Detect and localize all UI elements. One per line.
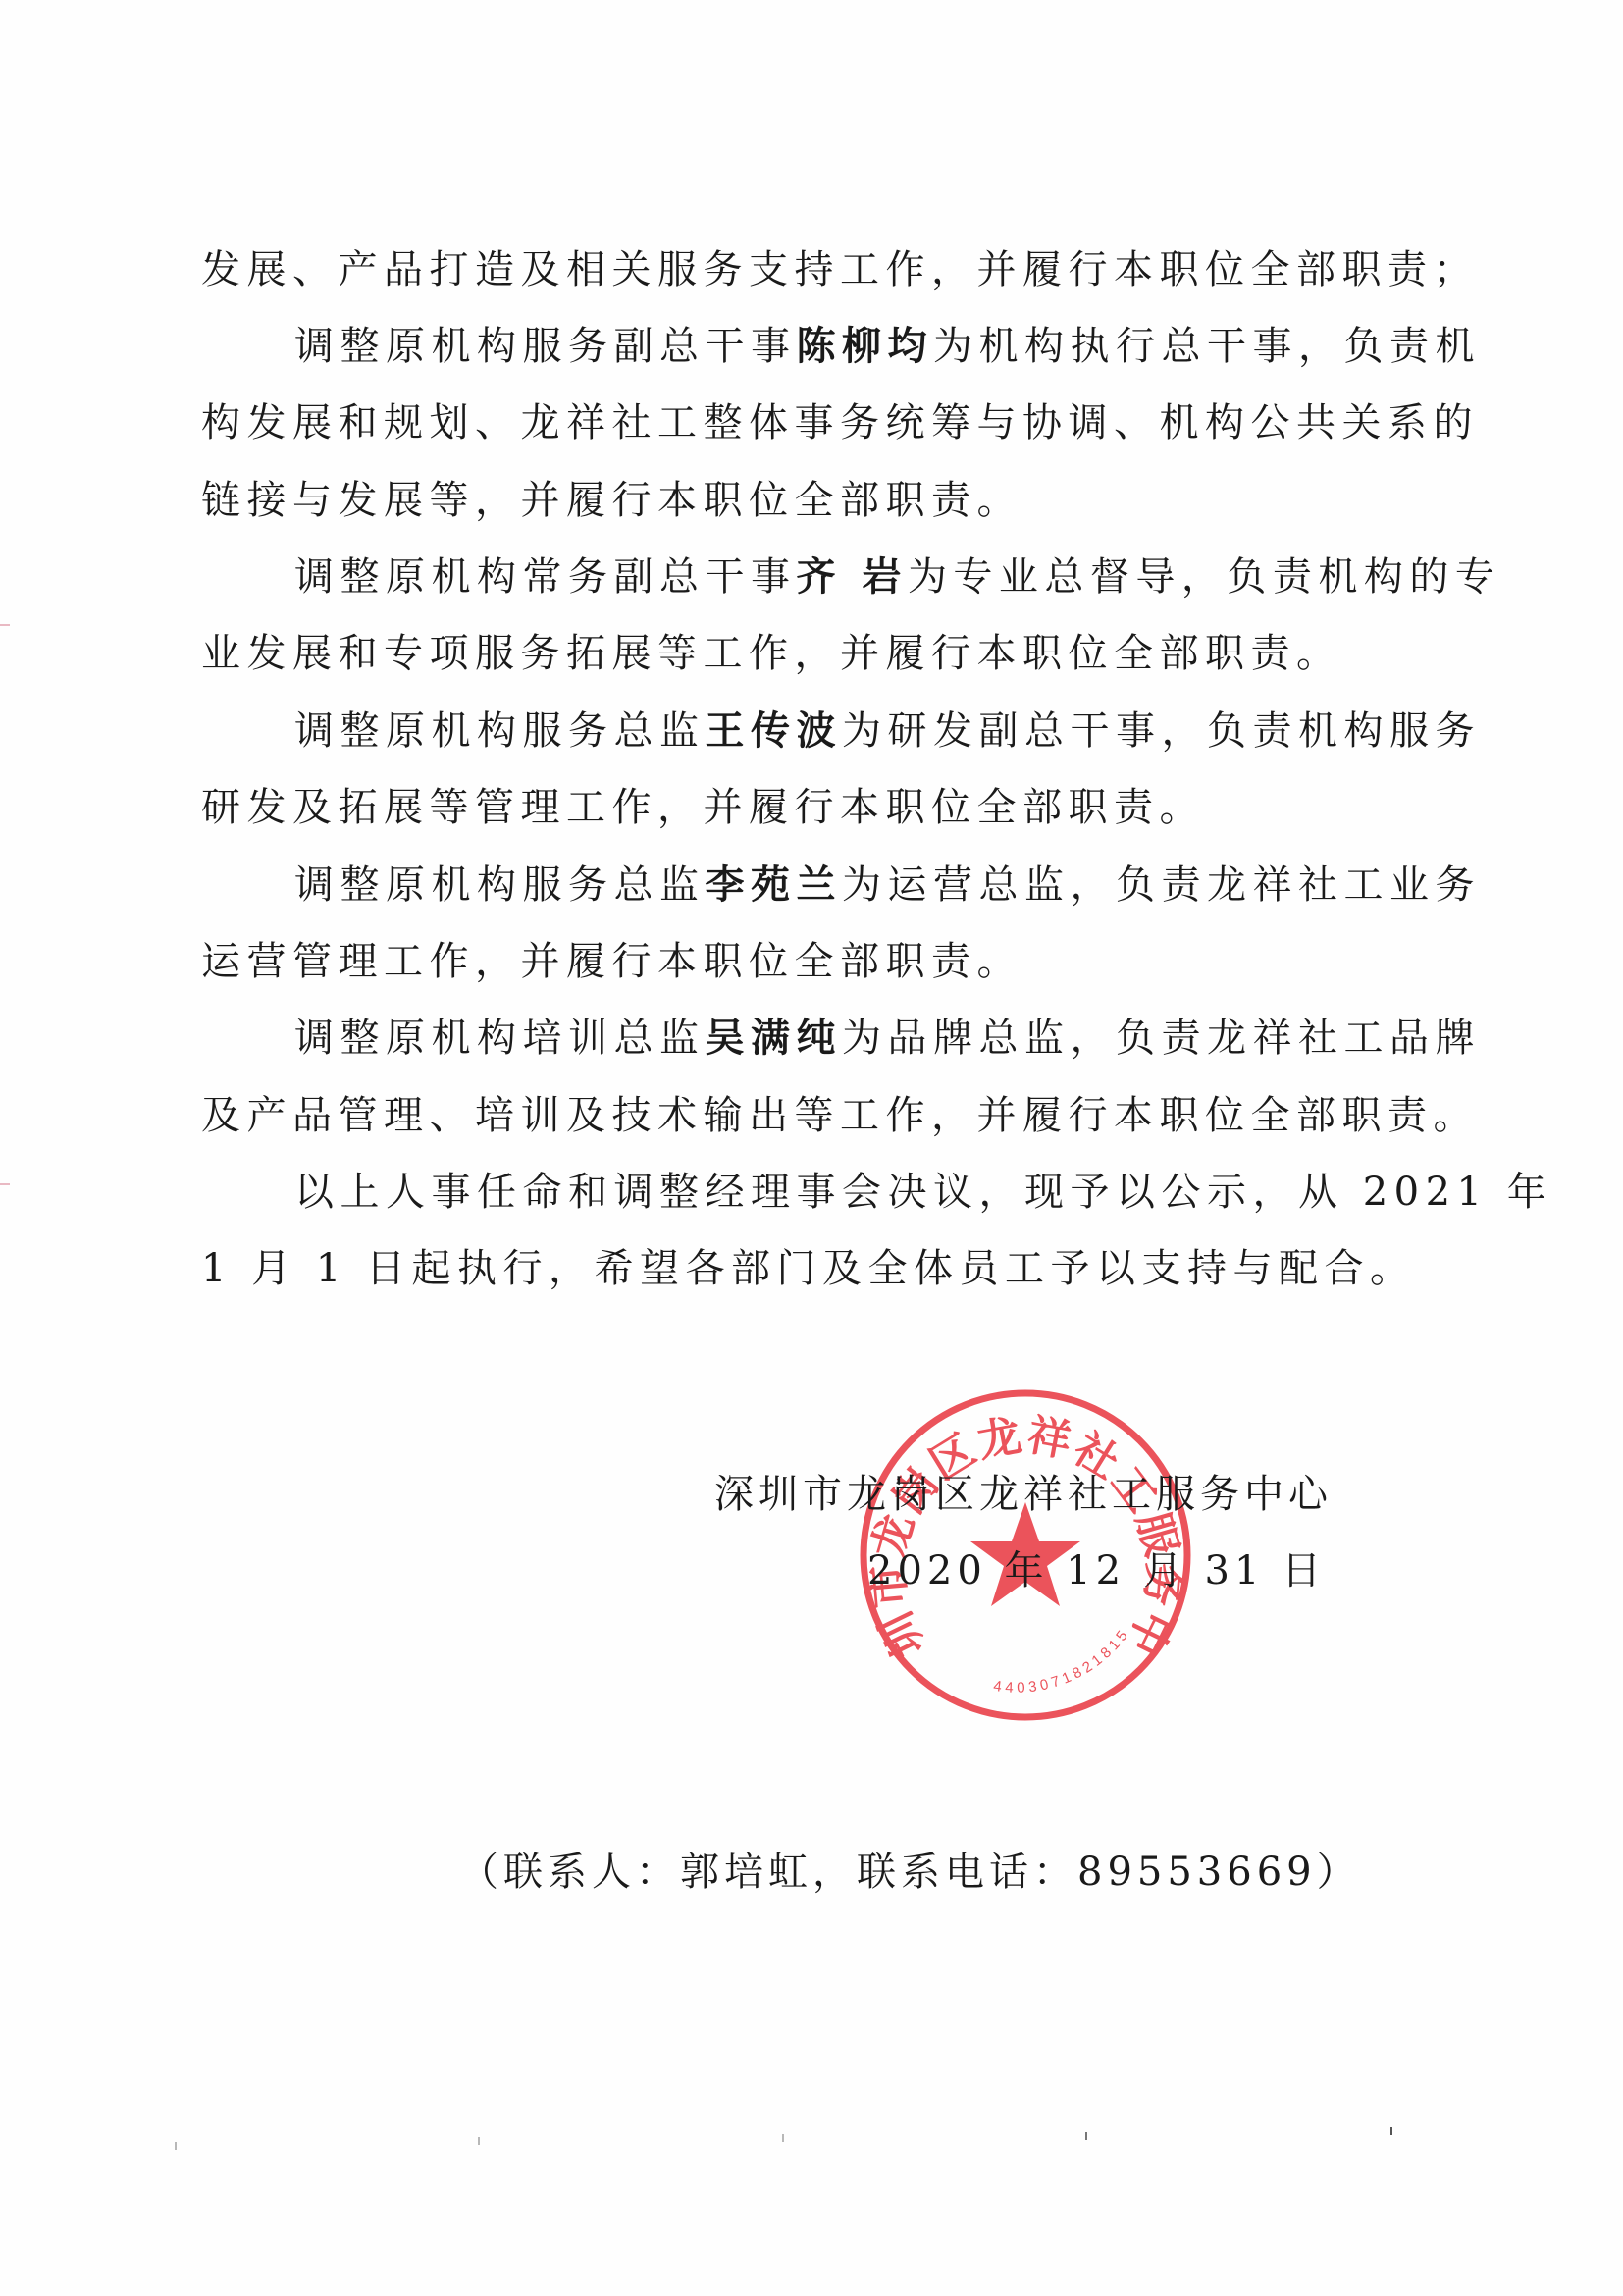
paragraph-line: 构发展和规划、龙祥社工整体事务统筹与协调、机构公共关系的 (201, 397, 1438, 448)
body-text: 调整原机构培训总监 (294, 1016, 706, 1061)
body-text: 链接与发展等，并履行本职位全部职责。 (201, 478, 1022, 523)
body-text: 及产品管理、培训及技术输出等工作，并履行本职位全部职责。 (201, 1093, 1479, 1138)
scan-artifact (782, 2134, 784, 2142)
scan-artifact (175, 2142, 177, 2150)
paragraph-line: 发展、产品打造及相关服务支持工作，并履行本职位全部职责； (201, 244, 1438, 295)
scan-artifact (1390, 2127, 1392, 2135)
appointee-name: 李苑兰 (706, 861, 843, 908)
paragraph-line: 调整原机构常务副总干事齐 岩为专业总督导，负责机构的专 (294, 551, 1438, 602)
paragraph-line: 调整原机构服务副总干事陈柳均为机构执行总干事，负责机 (294, 321, 1438, 372)
seal-serial-number: 4403071821815 (992, 1625, 1133, 1696)
paragraph-line: 运营管理工作，并履行本职位全部职责。 (201, 936, 1438, 987)
signature-organization: 深圳市龙岗区龙祥社工服务中心 (714, 1469, 1333, 1520)
body-text: 构发展和规划、龙祥社工整体事务统筹与协调、机构公共关系的 (201, 400, 1479, 445)
paragraph-line: 以上人事任命和调整经理事会决议，现予以公示，从 2021 年 (294, 1167, 1438, 1218)
body-text: 研发及拓展等管理工作，并履行本职位全部职责。 (201, 785, 1205, 830)
scan-margin-mark (0, 624, 10, 626)
appointee-name: 陈柳均 (797, 323, 934, 369)
body-text: 1 月 1 日起执行，希望各部门及全体员工予以支持与配合。 (201, 1246, 1416, 1291)
paragraph-line: 研发及拓展等管理工作，并履行本职位全部职责。 (201, 782, 1438, 833)
body-text: 为机构执行总干事，负责机 (933, 324, 1481, 369)
paragraph-line: 调整原机构培训总监吴满纯为品牌总监，负责龙祥社工品牌 (294, 1013, 1438, 1064)
body-text: 为研发副总干事，负责机构服务 (842, 708, 1481, 754)
contact-info: （联系人：郭培虹，联系电话：89553669） (459, 1847, 1361, 1898)
body-text: 调整原机构常务副总干事 (294, 554, 797, 600)
paragraph-line: 链接与发展等，并履行本职位全部职责。 (201, 475, 1438, 526)
body-text: 以上人事任命和调整经理事会决议，现予以公示，从 2021 年 (294, 1170, 1552, 1215)
signature-date: 2020 年 12 月 31 日 (867, 1545, 1326, 1596)
body-text: 业发展和专项服务拓展等工作，并履行本职位全部职责。 (201, 631, 1342, 676)
paragraph-line: 及产品管理、培训及技术输出等工作，并履行本职位全部职责。 (201, 1090, 1438, 1141)
document-page: 发展、产品打造及相关服务支持工作，并履行本职位全部职责； 调整原机构服务副总干事… (0, 0, 1623, 2296)
appointee-name: 王传波 (706, 707, 843, 754)
appointee-name: 齐 岩 (797, 553, 908, 600)
scan-artifact (478, 2137, 480, 2145)
body-text: 发展、产品打造及相关服务支持工作，并履行本职位全部职责； (201, 247, 1479, 292)
body-text: 为品牌总监，负责龙祥社工品牌 (842, 1016, 1481, 1061)
body-text: 运营管理工作，并履行本职位全部职责。 (201, 939, 1022, 984)
paragraph-line: 业发展和专项服务拓展等工作，并履行本职位全部职责。 (201, 628, 1438, 679)
paragraph-line: 调整原机构服务总监王传波为研发副总干事，负责机构服务 (294, 705, 1438, 757)
body-text: 调整原机构服务总监 (294, 708, 706, 754)
appointee-name: 吴满纯 (706, 1015, 843, 1061)
body-text: 调整原机构服务副总干事 (294, 324, 797, 369)
body-text: 为专业总督导，负责机构的专 (908, 554, 1501, 600)
paragraph-line: 调整原机构服务总监李苑兰为运营总监，负责龙祥社工业务 (294, 860, 1438, 911)
body-text: 调整原机构服务总监 (294, 862, 706, 908)
body-text: 为运营总监，负责龙祥社工业务 (842, 862, 1481, 908)
paragraph-line: 1 月 1 日起执行，希望各部门及全体员工予以支持与配合。 (201, 1243, 1438, 1294)
scan-margin-mark (0, 1183, 10, 1185)
scan-artifact (1085, 2132, 1087, 2140)
